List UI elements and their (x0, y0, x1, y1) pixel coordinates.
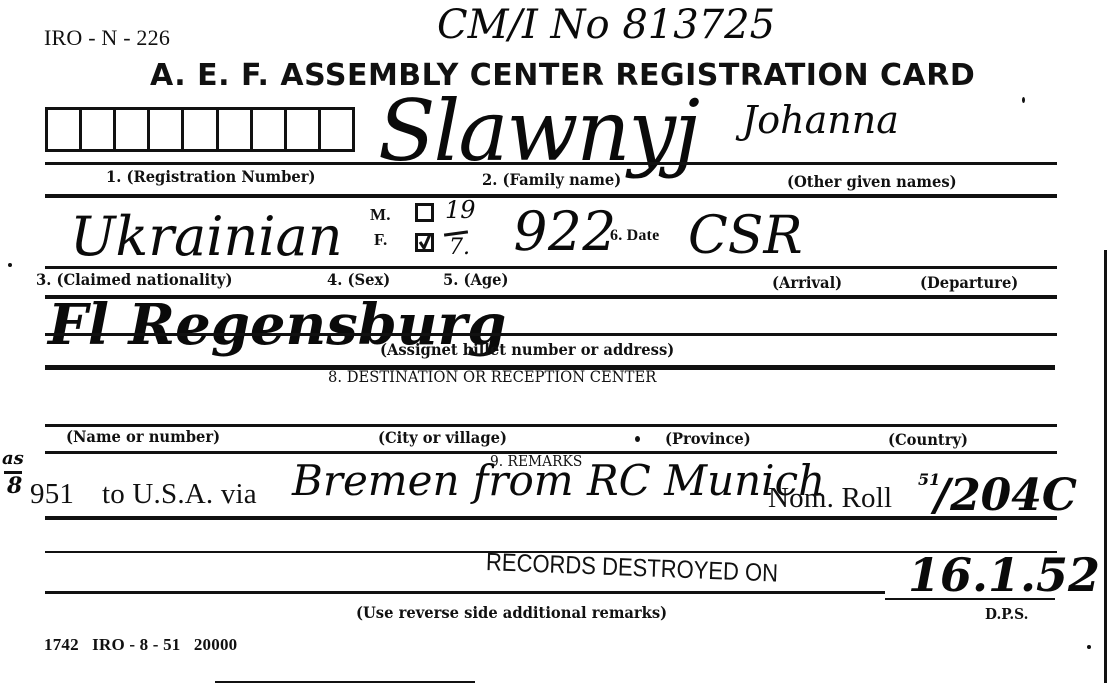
footer-print-code: 1742 IRO - 8 - 51 20000 (44, 635, 237, 655)
rule (45, 516, 1057, 520)
form-code: IRO - N - 226 (44, 25, 170, 51)
scan-speck (1022, 97, 1025, 103)
destination-name-label: (Name or number) (66, 427, 220, 446)
nationality-label: 3. (Claimed nationality) (36, 270, 232, 289)
rule (45, 194, 1057, 198)
destination-country-label: (Country) (888, 430, 968, 449)
reverse-side-note: (Use reverse side additional remarks) (356, 603, 667, 622)
reg-cell[interactable] (150, 110, 184, 149)
family-name-value: Slawnyj (378, 82, 698, 180)
given-names-value: Johanna (742, 98, 899, 142)
scan-speck (635, 436, 640, 442)
remarks-typed-route: to U.S.A. via (102, 478, 257, 511)
date-label: 6. Date (610, 227, 659, 245)
stamp-initials: D.P.S. (985, 605, 1028, 623)
sex-f-checkbox[interactable] (415, 233, 434, 252)
given-names-label: (Other given names) (787, 172, 957, 191)
billet-label: (Assignet billet number or address) (380, 340, 674, 359)
age-value-top: 19 (445, 196, 476, 224)
registration-number-boxes[interactable] (45, 107, 355, 152)
reg-cell[interactable] (116, 110, 150, 149)
rule (45, 591, 885, 594)
reg-cell[interactable] (82, 110, 116, 149)
card-edge (1104, 250, 1107, 683)
checkmark-icon (418, 236, 432, 250)
records-destroyed-stamp: RECORDS DESTROYED ON (486, 548, 779, 589)
rule (45, 333, 1057, 336)
records-destroyed-date: 16.1.52 (908, 548, 1100, 602)
family-name-label: 2. (Family name) (482, 170, 621, 189)
handwritten-cm-number: CM/I No 813725 (437, 2, 775, 48)
nom-roll-value: /204C (934, 470, 1077, 521)
sex-m-label: M. (370, 205, 391, 225)
rule (45, 162, 1057, 165)
destination-city-label: (City or village) (378, 428, 507, 447)
date-value: CSR (688, 206, 803, 266)
scan-speck (1087, 645, 1091, 649)
remarks-year: 951 (30, 478, 74, 511)
age-value-year: 922 (507, 200, 621, 263)
remarks-margin-note-bottom: 8 (7, 473, 22, 499)
arrival-label: (Arrival) (772, 273, 842, 292)
nationality-value: Ukrainian (70, 205, 343, 268)
scan-speck (8, 263, 12, 267)
reg-cell[interactable] (321, 110, 352, 149)
departure-label: (Departure) (920, 273, 1018, 292)
destination-section-label: 8. DESTINATION OR RECEPTION CENTER (328, 367, 656, 386)
age-value-bottom: 7. (449, 235, 470, 260)
remarks-handwritten-route: Bremen from RC Munich (292, 456, 825, 505)
sex-f-label: F. (374, 230, 387, 250)
remarks-margin-note-top: as (2, 448, 24, 469)
sex-m-checkbox[interactable] (415, 203, 434, 222)
reg-cell[interactable] (253, 110, 287, 149)
reg-cell[interactable] (219, 110, 253, 149)
reg-cell[interactable] (184, 110, 218, 149)
signature-line (885, 598, 1055, 600)
nom-roll-label: Nom. Roll (768, 482, 892, 515)
destination-province-label: (Province) (665, 429, 751, 448)
rule (45, 266, 1057, 269)
reg-cell[interactable] (287, 110, 321, 149)
sex-label: 4. (Sex) (327, 270, 390, 289)
age-label: 5. (Age) (443, 270, 509, 289)
reg-cell[interactable] (48, 110, 82, 149)
registration-number-label: 1. (Registration Number) (106, 167, 315, 186)
